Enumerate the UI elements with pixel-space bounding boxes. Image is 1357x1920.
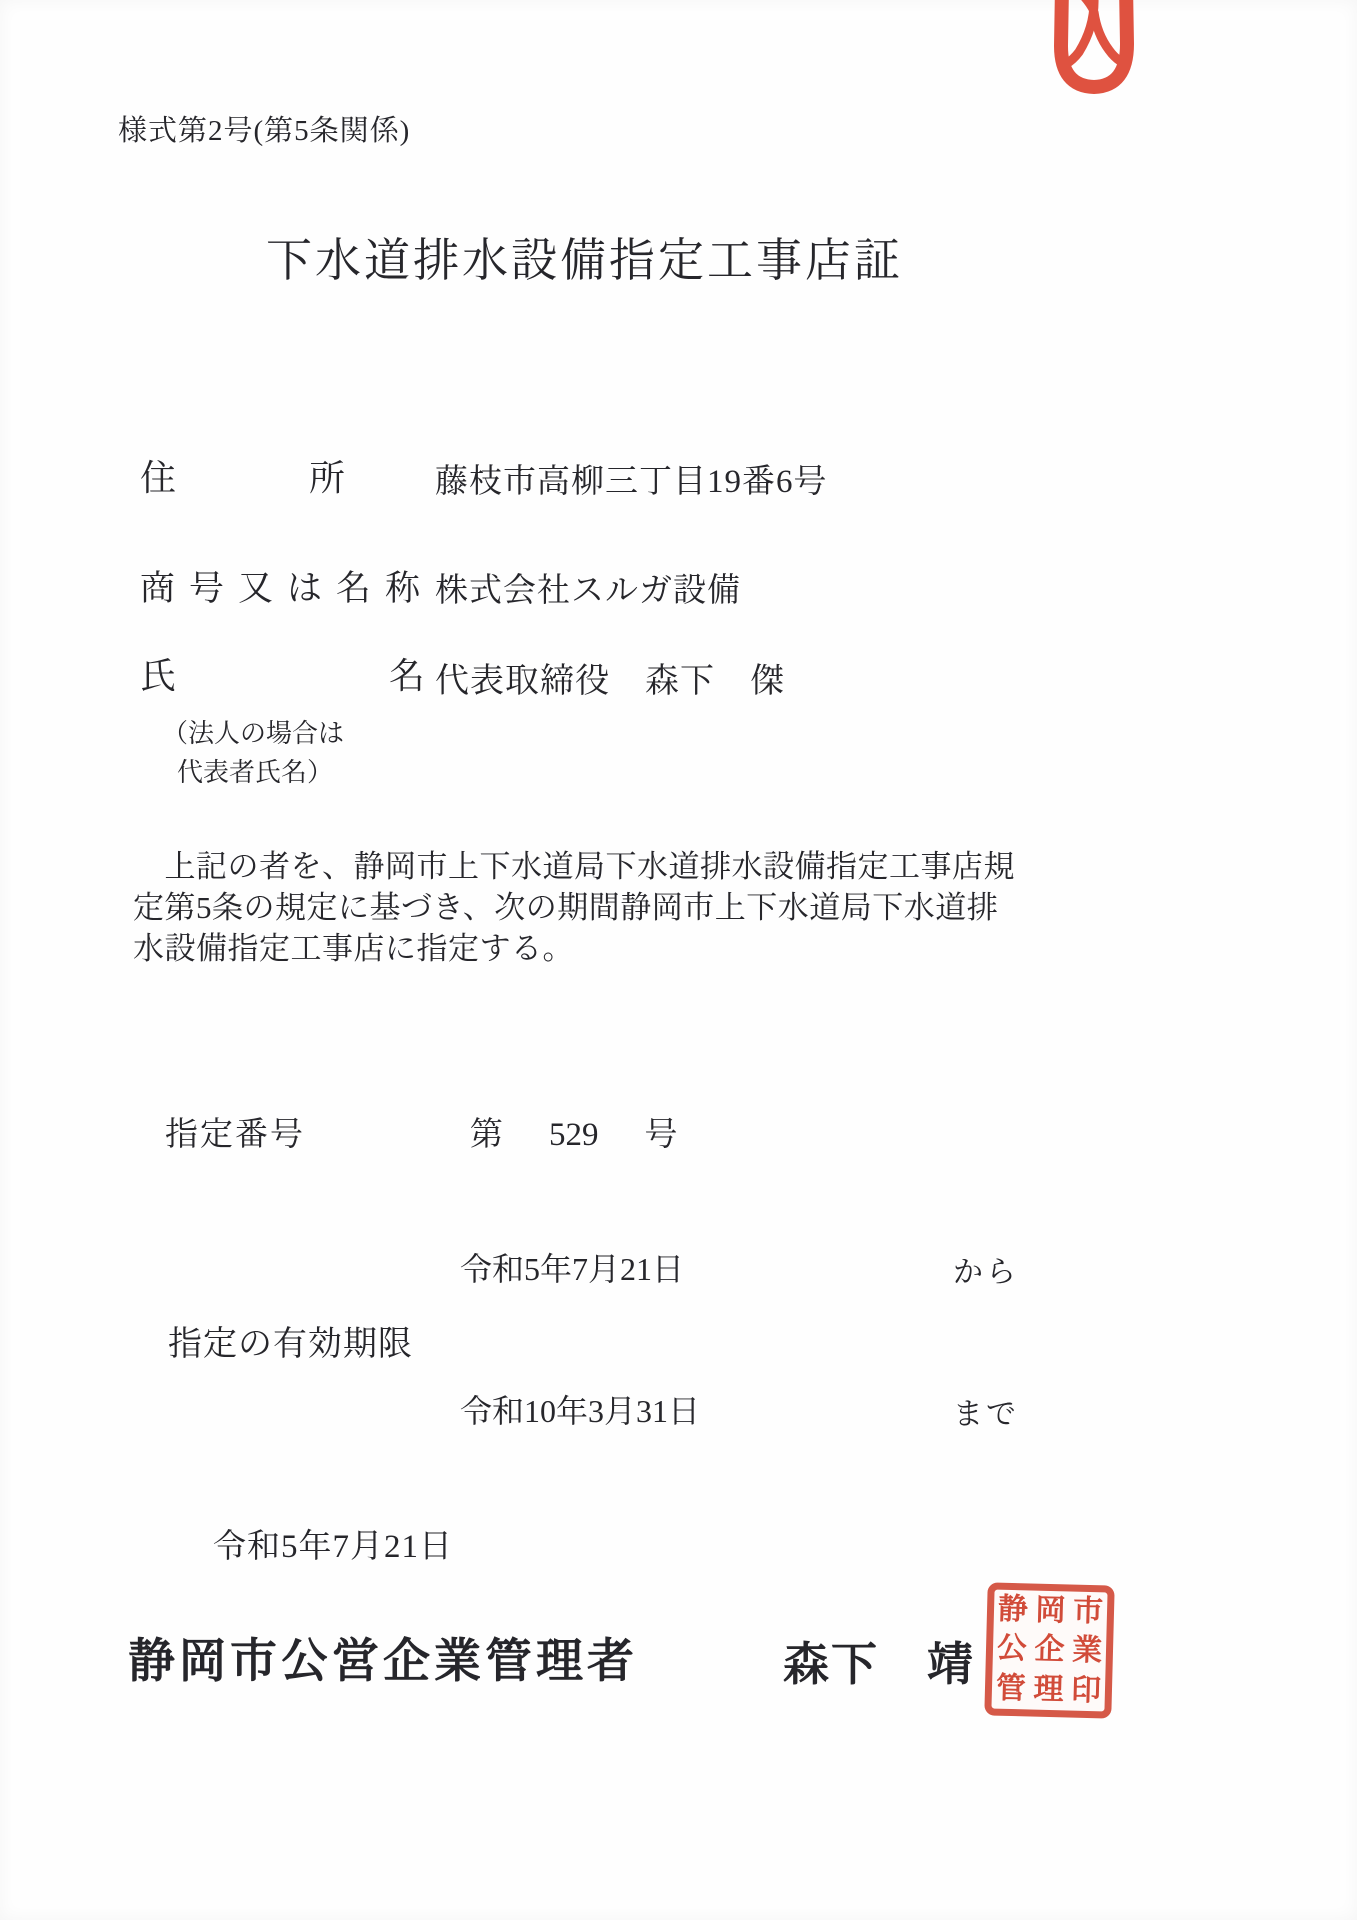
certificate-page: 様式第2号(第5条関係) 下水道排水設備指定工事店証 住所 藤枝市高柳三丁目19…	[0, 0, 1357, 1920]
issuer-name: 森下 靖	[783, 1628, 975, 1694]
seal-char: 印	[1071, 1675, 1102, 1708]
issuer-title: 静岡市公営企業管理者	[128, 1624, 638, 1691]
seal-char: 岡	[1035, 1594, 1066, 1627]
body-line: 定第5条の規定に基づき、次の期間静岡市上下水道局下水道排	[133, 887, 1015, 928]
seal-row: 静 岡 市	[994, 1593, 1108, 1628]
seal-char: 理	[1033, 1674, 1064, 1707]
seal-char: 静	[997, 1593, 1028, 1626]
form-number: 様式第2号(第5条関係)	[118, 108, 410, 149]
seal-char: 公	[996, 1633, 1027, 1666]
certificate-title: 下水道排水設備指定工事店証	[266, 224, 903, 290]
body-line: 上記の者を、静岡市上下水道局下水道排水設備指定工事店規	[133, 846, 1015, 887]
valid-from-particle: から	[953, 1247, 1019, 1291]
seal-char: 市	[1073, 1595, 1104, 1628]
address-value: 藤枝市高柳三丁目19番6号	[435, 455, 828, 502]
designation-number-label: 指定番号	[165, 1108, 305, 1155]
issue-date: 令和5年7月21日	[213, 1520, 453, 1567]
validity-period-label: 指定の有効期限	[168, 1316, 413, 1365]
valid-until-particle: まで	[953, 1389, 1019, 1433]
valid-from-date: 令和5年7月21日	[460, 1244, 684, 1290]
top-partial-seal-icon	[1048, 0, 1140, 96]
address-label: 住所	[140, 450, 345, 501]
designation-number-suffix: 号	[645, 1117, 678, 1153]
valid-until-date: 令和10年3月31日	[460, 1386, 700, 1432]
representative-name-label: 氏名	[140, 648, 425, 699]
company-name-label: 商号又は名称	[140, 561, 420, 611]
designation-number: 529	[549, 1117, 599, 1153]
representative-name-value: 代表取締役 森下 傑	[435, 653, 785, 702]
seal-row: 管 理 印	[992, 1673, 1106, 1708]
note-line: （法人の場合は	[162, 714, 344, 753]
seal-row: 公 企 業	[993, 1633, 1107, 1668]
official-seal-stamp: 静 岡 市 公 企 業 管 理 印	[984, 1582, 1114, 1718]
designation-body-paragraph: 上記の者を、静岡市上下水道局下水道排水設備指定工事店規 定第5条の規定に基づき、…	[133, 846, 1015, 969]
seal-char: 業	[1072, 1635, 1103, 1668]
designation-number-value: 第529号	[470, 1108, 678, 1155]
body-line: 水設備指定工事店に指定する。	[133, 928, 1015, 969]
seal-char: 企	[1034, 1634, 1065, 1667]
designation-number-prefix: 第	[470, 1117, 503, 1153]
corporate-name-note: （法人の場合は 代表者氏名）	[162, 714, 344, 792]
seal-char: 管	[995, 1673, 1026, 1706]
company-name-value: 株式会社スルガ設備	[435, 564, 741, 611]
note-line: 代表者氏名）	[162, 753, 344, 792]
